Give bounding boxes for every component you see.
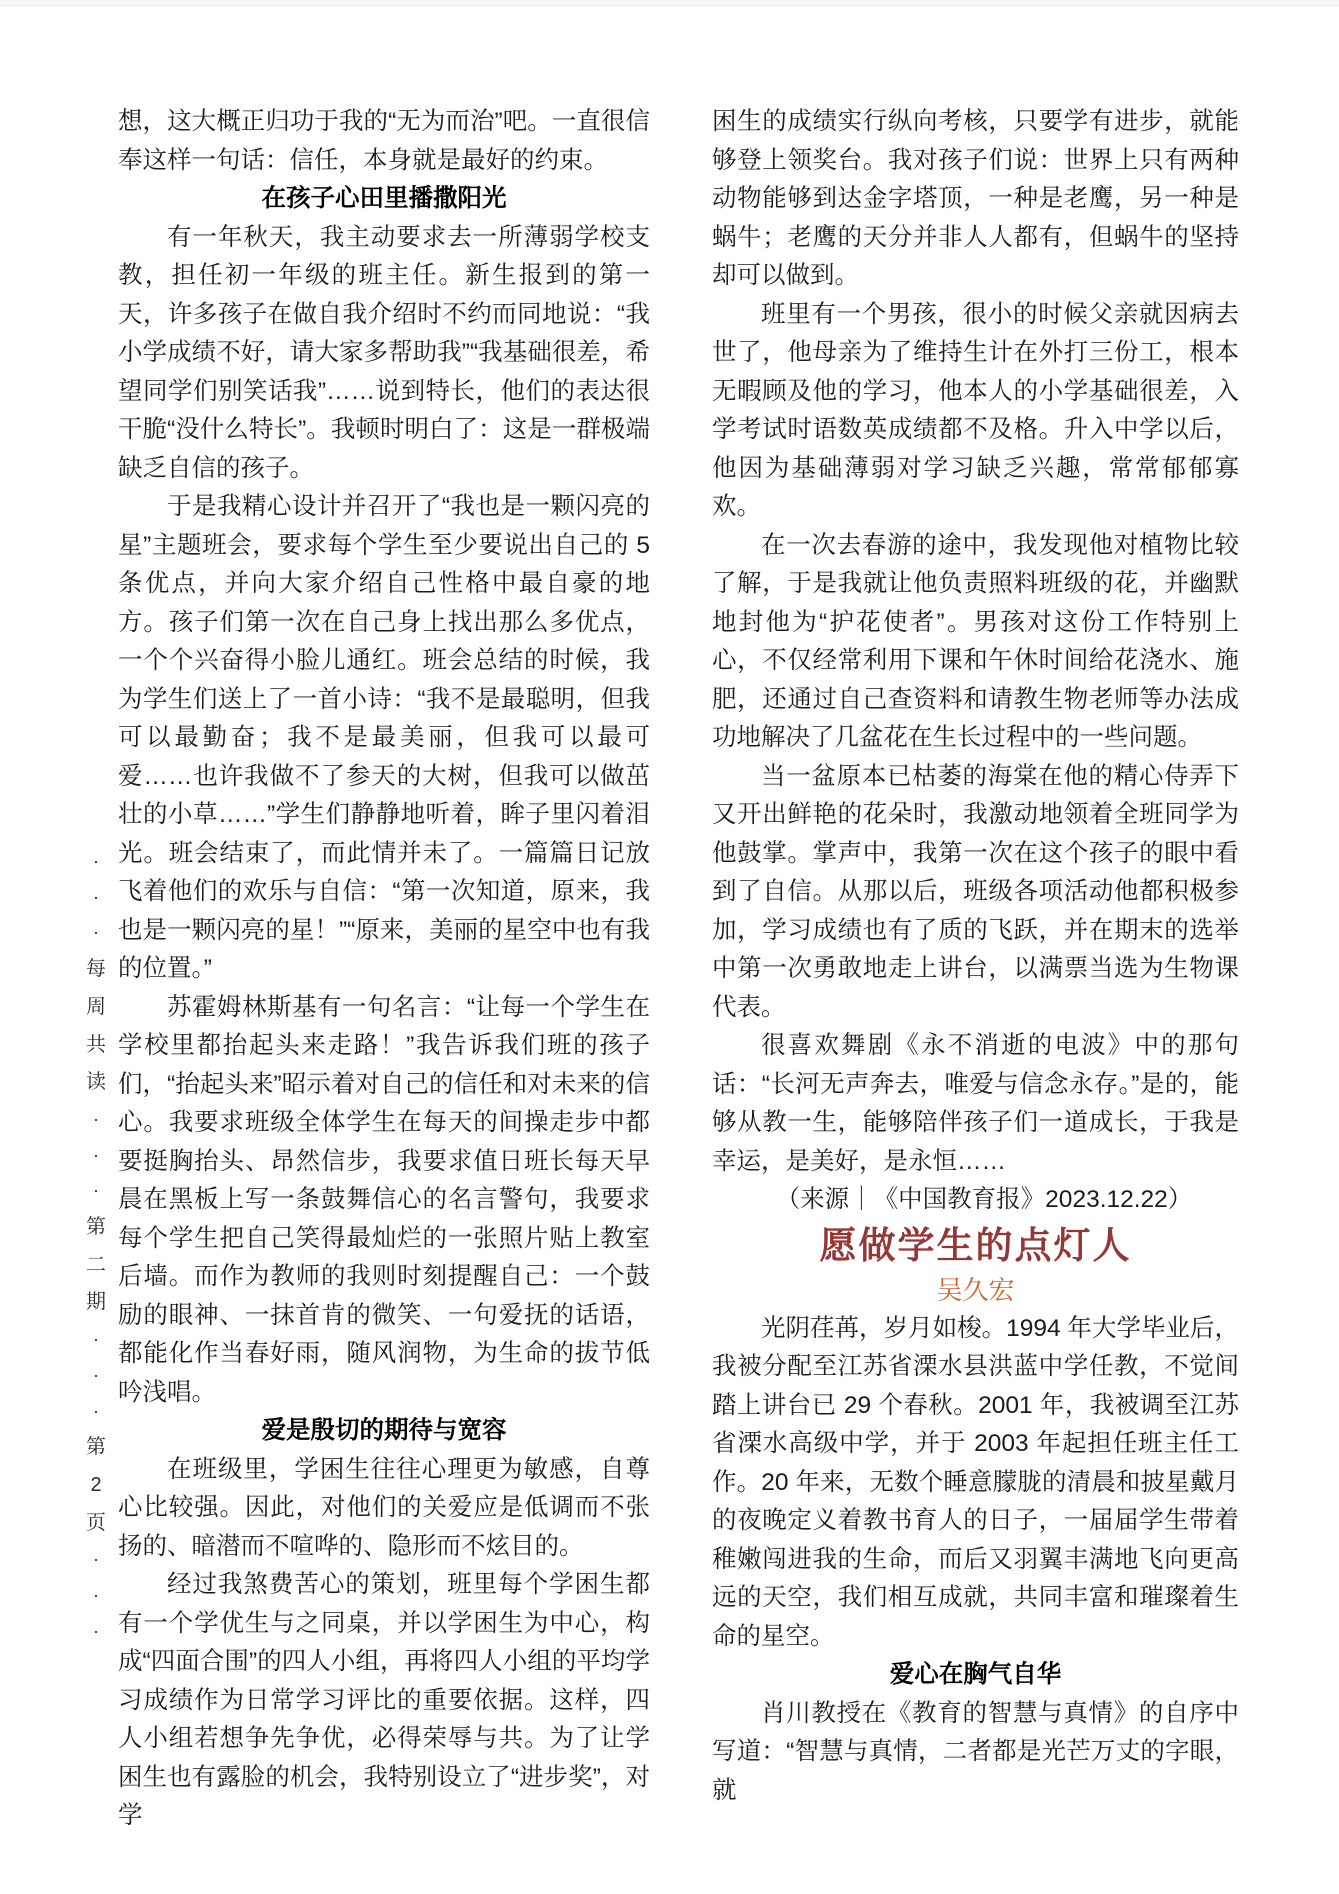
paragraph: 班里有一个男孩，很小的时候父亲就因病去世了，他母亲为了维持生计在外打三份工，根本… xyxy=(712,296,1239,527)
source-attribution: （来源｜《中国教育报》2023.12.22） xyxy=(712,1181,1239,1220)
right-text-column: 困生的成绩实行纵向考核，只要学有进步，就能够登上领奖台。我对孩子们说：世界上只有… xyxy=(712,103,1239,1810)
sidebar-separator-dot: · xyxy=(93,1622,99,1640)
paragraph: 苏霍姆林斯基有一句名言：“让每一个学生在学校里都抬起头来走路！”我告诉我们班的孩… xyxy=(118,989,650,1413)
sidebar-character: 周 xyxy=(86,997,106,1017)
left-text-column: 想，这大概正归功于我的“无为而治”吧。一直很信奉这样一句话：信任，本身就是最好的… xyxy=(118,103,650,1836)
sidebar-separator-dot: · xyxy=(93,852,99,870)
paragraph-continued: 困生的成绩实行纵向考核，只要学有进步，就能够登上领奖台。我对孩子们说：世界上只有… xyxy=(712,103,1239,296)
sidebar-separator-dot: · xyxy=(93,1110,99,1128)
sidebar-character: 期 xyxy=(86,1292,106,1312)
sidebar-character: 第 xyxy=(86,1437,106,1457)
paragraph: 经过我煞费苦心的策划，班里每个学困生都有一个学优生与之同桌，并以学困生为中心，构… xyxy=(118,1566,650,1836)
sidebar-separator-dot: · xyxy=(93,923,99,941)
paragraph: 于是我精心设计并召开了“我也是一颗闪亮的星”主题班会，要求每个学生至少要说出自己… xyxy=(118,488,650,989)
sidebar-separator-dot: · xyxy=(93,1146,99,1164)
paragraph: 很喜欢舞剧《永不消逝的电波》中的那句话：“长河无声奔去，唯爱与信念永存。”是的，… xyxy=(712,1027,1239,1181)
sidebar-separator-dot: · xyxy=(93,1181,99,1199)
document-page: ···每周共读···第二期···第2页··· 想，这大概正归功于我的“无为而治”… xyxy=(0,0,1339,1894)
sidebar-character: 第 xyxy=(86,1217,106,1237)
paragraph: 在一次去春游的途中，我发现他对植物比较了解，于是我就让他负责照料班级的花，并幽默… xyxy=(712,527,1239,758)
paragraph-continued: 想，这大概正归功于我的“无为而治”吧。一直很信奉这样一句话：信任，本身就是最好的… xyxy=(118,103,650,180)
page-top-edge xyxy=(0,0,1339,6)
paragraph: 在班级里，学困生往往心理更为敏感，自尊心比较强。因此，对他们的关爱应是低调而不张… xyxy=(118,1451,650,1567)
paragraph: 当一盆原本已枯萎的海棠在他的精心侍弄下又开出鲜艳的花朵时，我激动地领着全班同学为… xyxy=(712,758,1239,1028)
sidebar-separator-dot: · xyxy=(93,888,99,906)
sidebar-separator-dot: · xyxy=(93,1550,99,1568)
sidebar-character: 2 xyxy=(90,1475,101,1495)
paragraph: 光阴荏苒，岁月如梭。1994 年大学毕业后，我被分配至江苏省溧水县洪蓝中学任教，… xyxy=(712,1310,1239,1657)
section-heading: 爱心在胸气自华 xyxy=(712,1656,1239,1695)
sidebar-character: 页 xyxy=(86,1513,106,1533)
sidebar-character: 共 xyxy=(86,1035,106,1055)
article-author: 吴久宏 xyxy=(712,1271,1239,1310)
sidebar-separator-dot: · xyxy=(93,1330,99,1348)
sidebar-character: 读 xyxy=(86,1072,106,1092)
sidebar-separator-dot: · xyxy=(93,1366,99,1384)
section-heading: 在孩子心田里播撒阳光 xyxy=(118,180,650,219)
sidebar-separator-dot: · xyxy=(93,1402,99,1420)
sidebar-character: 每 xyxy=(86,959,106,979)
paragraph: 肖川教授在《教育的智慧与真情》的自序中写道：“智慧与真情，二者都是光芒万丈的字眼… xyxy=(712,1695,1239,1811)
article-title: 愿做学生的点灯人 xyxy=(712,1220,1239,1272)
paragraph: 有一年秋天，我主动要求去一所薄弱学校支教，担任初一年级的班主任。新生报到的第一天… xyxy=(118,219,650,489)
section-heading: 爱是殷切的期待与宽容 xyxy=(118,1412,650,1451)
sidebar-vertical-label: ···每周共读···第二期···第2页··· xyxy=(80,852,112,1640)
sidebar-character: 二 xyxy=(86,1255,106,1275)
sidebar-separator-dot: · xyxy=(93,1586,99,1604)
